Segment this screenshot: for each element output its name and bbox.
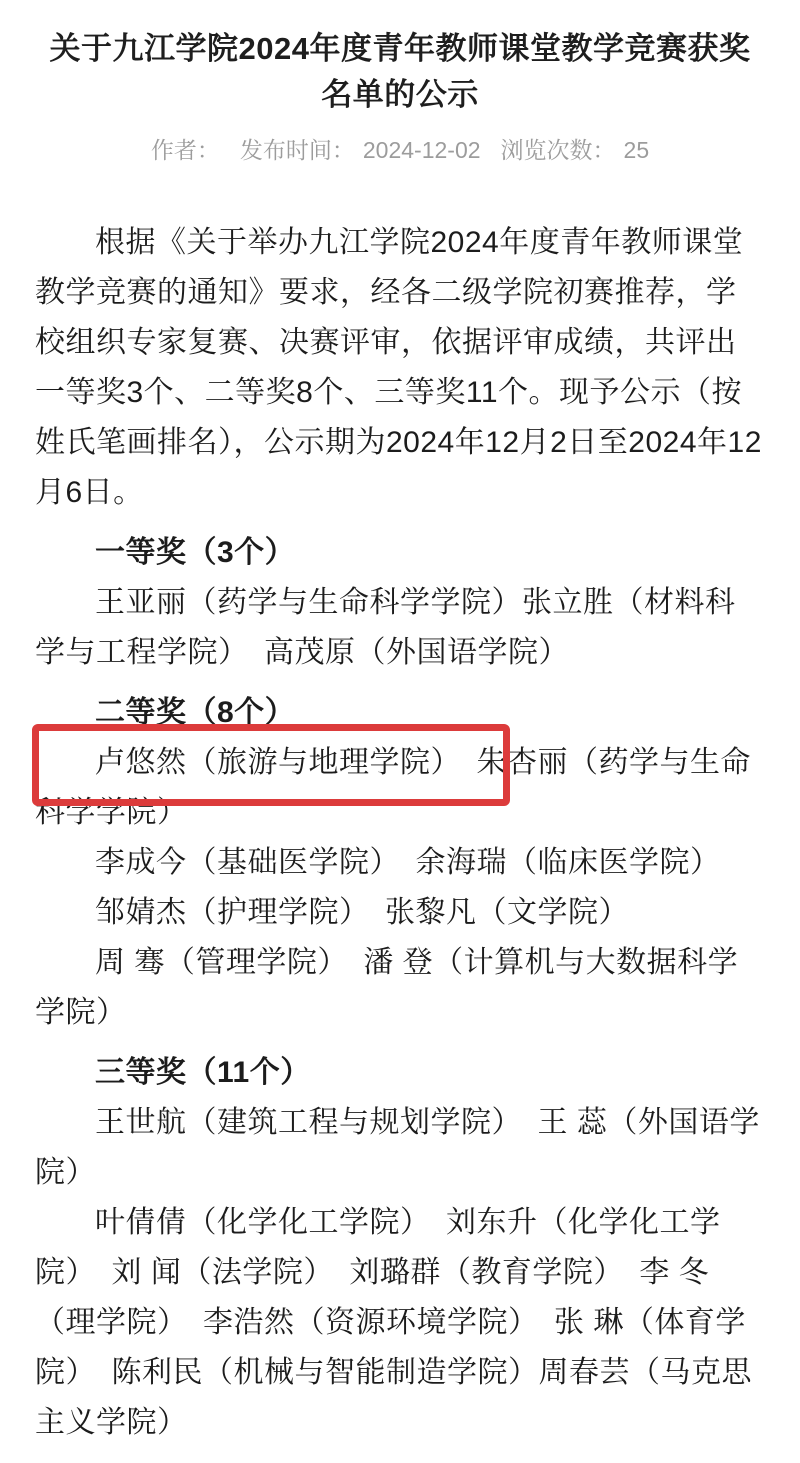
intro-paragraph: 根据《关于举办九江学院2024年度青年教师课堂教学竞赛的通知》要求，经各二级学院… bbox=[35, 218, 765, 518]
author-field: 作者： bbox=[151, 134, 220, 166]
second-prize-winners-line-2: 李成今（基础医学院） 余海瑞（临床医学院） bbox=[35, 838, 765, 888]
views-label: 浏览次数： bbox=[501, 134, 616, 166]
page-title: 关于九江学院2024年度青年教师课堂教学竞赛获奖名单的公示 bbox=[35, 0, 765, 118]
third-prize-winners-line-1: 王世航（建筑工程与规划学院） 王 蕊（外国语学院） bbox=[35, 1098, 765, 1198]
third-prize-heading: 三等奖（11个） bbox=[35, 1048, 765, 1098]
article-body: 根据《关于举办九江学院2024年度青年教师课堂教学竞赛的通知》要求，经各二级学院… bbox=[35, 218, 765, 1448]
first-prize-heading: 一等奖（3个） bbox=[35, 528, 765, 578]
publish-date: 2024-12-02 bbox=[363, 134, 481, 166]
article-page: 关于九江学院2024年度青年教师课堂教学竞赛获奖名单的公示 作者： 发布时间： … bbox=[0, 0, 800, 1463]
views-count: 25 bbox=[624, 134, 650, 166]
first-prize-winners: 王亚丽（药学与生命科学学院）张立胜（材料科学与工程学院） 高茂原（外国语学院） bbox=[35, 578, 765, 678]
views-field: 浏览次数： 25 bbox=[501, 134, 650, 166]
second-prize-winners-line-4: 周 骞（管理学院） 潘 登（计算机与大数据科学学院） bbox=[35, 938, 765, 1038]
publish-label: 发布时间： bbox=[240, 134, 355, 166]
second-prize-winners-line-1: 卢悠然（旅游与地理学院） 朱杏丽（药学与生命科学学院） bbox=[35, 738, 765, 838]
article-meta: 作者： 发布时间： 2024-12-02 浏览次数： 25 bbox=[35, 134, 765, 166]
third-prize-winners-line-2: 叶倩倩（化学化工学院） 刘东升（化学化工学院） 刘 闻（法学院） 刘璐群（教育学… bbox=[35, 1198, 765, 1448]
publish-date-field: 发布时间： 2024-12-02 bbox=[240, 134, 481, 166]
second-prize-winners-line-3: 邹婧杰（护理学院） 张黎凡（文学院） bbox=[35, 888, 765, 938]
second-prize-heading: 二等奖（8个） bbox=[35, 688, 765, 738]
author-label: 作者： bbox=[151, 134, 220, 166]
